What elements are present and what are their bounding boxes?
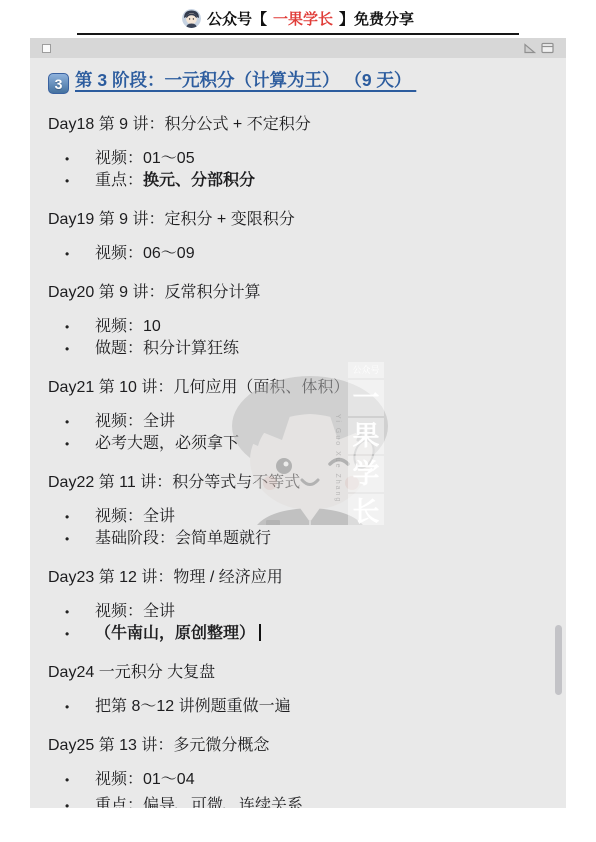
bullet-item: 必考大题，必须拿下: [95, 433, 548, 455]
day-heading: Day22 第 11 讲：积分等式与不等式: [48, 473, 548, 492]
scrollbar-thumb[interactable]: [555, 625, 562, 695]
day-heading: Day23 第 12 讲：物理 / 经济应用: [48, 568, 548, 587]
bullet-item: 视频：06～09: [95, 243, 548, 265]
bullet-item: 视频：01～05: [95, 148, 548, 170]
bullet-item: 做题：积分计算狂练: [95, 338, 548, 360]
bullet-text: 重点：: [95, 172, 143, 189]
bullet-list: 视频：01～05重点：换元、分部积分: [48, 148, 548, 192]
square-outline-icon[interactable]: [42, 44, 51, 53]
page-header: 公众号【一果学长】免费分享: [0, 8, 596, 35]
bullet-list: 视频：全讲基础阶段：会简单题就行: [48, 506, 548, 550]
triangle-resize-icon[interactable]: [523, 42, 536, 54]
text-cursor: [259, 624, 261, 641]
stage-heading-link[interactable]: 3第 3 阶段：一元积分（计算为王） （9 天）: [48, 67, 416, 94]
bullet-text: 换元、分部积分: [143, 172, 255, 189]
panel-toolbar: [30, 38, 566, 58]
window-icon[interactable]: [541, 42, 554, 54]
bullet-text: 视频：10: [95, 318, 161, 335]
header-suffix: 】免费分享: [339, 8, 414, 29]
bullet-text: 视频：全讲: [95, 508, 175, 525]
page: 公众号【一果学长】免费分享 3第 3 阶段：一元积分（计算为王） （9 天） D…: [0, 0, 596, 842]
bullet-text: 视频：01～05: [95, 150, 195, 167]
bullet-text: 视频：全讲: [95, 603, 175, 620]
day-heading: Day19 第 9 讲：定积分 + 变限积分: [48, 210, 548, 229]
note-panel: 3第 3 阶段：一元积分（计算为王） （9 天） Day18 第 9 讲：积分公…: [30, 38, 566, 808]
boy-avatar-icon: [182, 9, 201, 28]
bullet-text: 视频：06～09: [95, 245, 195, 262]
bullet-item: 视频：10: [95, 316, 548, 338]
header-brand: 一果学长: [273, 8, 333, 29]
day-heading: Day18 第 9 讲：积分公式 + 不定积分: [48, 115, 548, 134]
bullet-list: 视频：01～04重点：偏导、可微、连续关系: [48, 769, 548, 808]
bullet-text: 重点：偏导、可微、连续关系: [95, 797, 303, 808]
day-heading: Day21 第 10 讲：几何应用（面积、体积）: [48, 378, 548, 397]
day-heading: Day25 第 13 讲：多元微分概念: [48, 736, 548, 755]
bullet-item: 重点：换元、分部积分: [95, 170, 548, 192]
stage-heading-title: 第 3 阶段：一元积分（计算为王） （9 天）: [75, 70, 416, 90]
bullet-item: 基础阶段：会简单题就行: [95, 528, 548, 550]
bullet-list: 视频：06～09: [48, 243, 548, 265]
keycap-3-icon: 3: [48, 73, 69, 94]
bullet-text: 视频：01～04: [95, 771, 195, 788]
sections: Day18 第 9 讲：积分公式 + 不定积分视频：01～05重点：换元、分部积…: [48, 115, 548, 808]
bullet-item: 把第 8～12 讲例题重做一遍: [95, 696, 548, 718]
day-heading: Day20 第 9 讲：反常积分计算: [48, 283, 548, 302]
bullet-item: （牛南山，原创整理）: [95, 623, 548, 645]
bullet-list: 把第 8～12 讲例题重做一遍: [48, 696, 548, 718]
bullet-list: 视频：全讲（牛南山，原创整理）: [48, 601, 548, 645]
header-divider: [77, 33, 519, 35]
bullet-text: 基础阶段：会简单题就行: [95, 530, 271, 547]
bullet-text: 把第 8～12 讲例题重做一遍: [95, 698, 291, 715]
bullet-text: 必考大题，必须拿下: [95, 435, 239, 452]
bullet-item: 重点：偏导、可微、连续关系: [95, 795, 548, 808]
bullet-list: 视频：10做题：积分计算狂练: [48, 316, 548, 360]
bullet-item: 视频：全讲: [95, 506, 548, 528]
bullet-list: 视频：全讲必考大题，必须拿下: [48, 411, 548, 455]
bullet-text: 做题：积分计算狂练: [95, 340, 239, 357]
note-content: 3第 3 阶段：一元积分（计算为王） （9 天） Day18 第 9 讲：积分公…: [30, 58, 566, 808]
day-heading: Day24 一元积分 大复盘: [48, 663, 548, 682]
bullet-item: 视频：全讲: [95, 411, 548, 433]
bullet-text: 视频：全讲: [95, 413, 175, 430]
bullet-text: （牛南山，原创整理）: [95, 625, 255, 642]
header-prefix: 公众号【: [207, 8, 267, 29]
bullet-item: 视频：01～04: [95, 769, 548, 791]
bullet-item: 视频：全讲: [95, 601, 548, 623]
